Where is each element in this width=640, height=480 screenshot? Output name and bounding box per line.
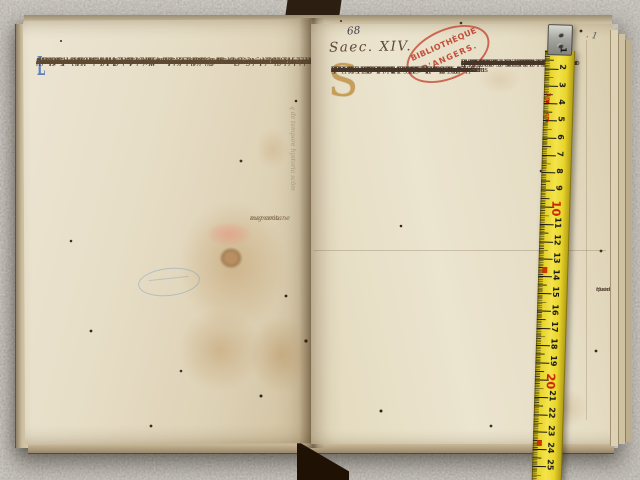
fore-edge-page-3 <box>625 40 632 442</box>
tape-cm-number: 20 <box>544 373 558 389</box>
folio-number: 68 <box>347 24 361 37</box>
tape-cm-number: 1 <box>558 42 567 58</box>
tape-cm-number: 9 <box>554 180 563 196</box>
tape-cm-number: 16 <box>550 301 559 317</box>
tape-cm-number: 23 <box>546 422 555 438</box>
tape-cm-number: 11 <box>553 215 562 231</box>
tape-cm-number: 19 <box>549 353 558 369</box>
tape-cm-number: 21 <box>548 388 557 404</box>
text-line: nibus respondentibus. illis q hoc q <box>331 65 449 75</box>
fore-edge-page-2 <box>618 34 625 444</box>
tape-cm-number: 22 <box>547 405 556 421</box>
tape-cm-number: 8 <box>555 163 564 179</box>
tape-cm-number: 4 <box>557 94 566 110</box>
gutter-marginalia: q de tempore hystoria scōm <box>289 106 296 226</box>
pencil-mark: . 1 <box>585 30 598 42</box>
tape-cm-number: 10 <box>549 200 563 216</box>
tape-cm-number: 5 <box>556 111 565 127</box>
wormhole-specks-left <box>60 40 62 42</box>
tape-cm-number: 7 <box>555 146 564 162</box>
right-page-column-2: Quidā nō intelleguntnon. et respondendū … <box>461 58 602 426</box>
left-page-text-block: ibros de doctrina xpiana cū inperfectos … <box>36 57 304 297</box>
manuscript-photo: L ibros de doctrina xpiana cū inperfecto… <box>0 0 640 480</box>
tape-cm-number: 12 <box>552 232 561 248</box>
tape-cm-number: 3 <box>557 76 566 92</box>
tape-cm-number: 17 <box>550 319 559 335</box>
tape-cm-number: 6 <box>556 128 565 144</box>
right-page-column-1: unt precepta quedā tra-ctandarū scriptur… <box>331 65 458 421</box>
fore-edge-page-1 <box>610 30 618 446</box>
text-line: memoria <box>250 214 279 223</box>
tape-cm-number: 13 <box>552 249 561 265</box>
tape-cm-number: 25 <box>545 457 554 473</box>
tape-cm-number: 15 <box>551 284 560 300</box>
tape-cm-number: 18 <box>549 336 558 352</box>
tape-cm-number: 24 <box>546 440 555 456</box>
text-line: pit. Sunt pcepta quedam; <box>36 57 149 69</box>
tape-cm-number: 14 <box>551 267 560 283</box>
tape-cm-number: 2 <box>558 59 567 75</box>
wormhole-specks-right <box>340 20 342 22</box>
